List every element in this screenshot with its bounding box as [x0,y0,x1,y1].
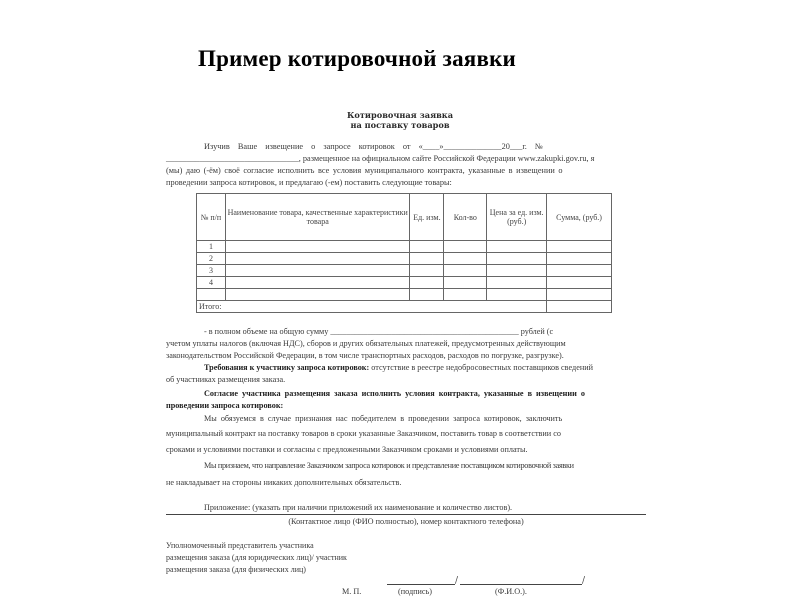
cell [225,265,410,277]
document-heading: Котировочная заявка на поставку товаров [300,110,500,130]
row-number: 1 [197,241,226,253]
cell [444,289,487,301]
row-number [197,289,226,301]
table-header-row: № п/п Наименование товара, качественные … [197,194,612,241]
intro-line-4: проведении запроса котировок, и предлага… [166,177,646,189]
cell [487,253,547,265]
header-price: Цена за ед. изм. (руб.) [487,194,547,241]
fio-line [460,584,582,585]
obligation-line-1: Мы обязуемся в случае признания нас побе… [166,412,646,426]
signature-line [387,584,455,585]
representative-line-1: Уполномоченный представитель участника [166,540,406,552]
header-sum: Сумма, (руб.) [547,194,612,241]
requirements-line-2: об участниках размещения заказа. [166,374,646,386]
cell [444,277,487,289]
cell [487,265,547,277]
header-unit: Ед. изм. [410,194,444,241]
requirements-text: отсутствие в реестре недобросовестных по… [369,363,593,372]
representative-line-3: размещения заказа (для физических лиц) [166,564,406,576]
cell [225,241,410,253]
cell [410,253,444,265]
representative-line-2: размещения заказа (для юридических лиц)/… [166,552,406,564]
slash-divider: / [582,576,585,586]
intro-line-1: Изучив Ваше извещение о запросе котирово… [166,141,646,153]
acknowledgement-line-2: не накладывает на стороны никаких дополн… [166,474,646,492]
table-row: 4 [197,277,612,289]
slash-divider: / [455,576,458,586]
cell [410,241,444,253]
cell [487,289,547,301]
cell [487,241,547,253]
representative-block: Уполномоченный представитель участника р… [166,540,406,576]
row-number: 4 [197,277,226,289]
sum-line-2: учетом уплаты налогов (включая НДС), сбо… [166,338,646,350]
cell [444,253,487,265]
cell [444,265,487,277]
cell [547,289,612,301]
header-quantity: Кол-во [444,194,487,241]
consent-line-1: Согласие участника размещения заказа исп… [166,388,646,400]
goods-table: № п/п Наименование товара, качественные … [196,193,612,313]
consent-line-2: проведении запроса котировок: [166,400,646,412]
intro-line-2: ________________________________, размещ… [166,153,646,165]
requirements-label: Требования к участнику запроса котировок… [204,363,369,372]
cell [547,277,612,289]
intro-paragraph: Изучив Ваше извещение о запросе котирово… [166,141,646,189]
cell [547,241,612,253]
total-value [547,301,612,313]
table-row: 1 [197,241,612,253]
acknowledgement-line-1: Мы признаем, что направление Заказчиком … [166,458,646,474]
stamp-placeholder: М. П. [342,587,361,596]
cell [410,277,444,289]
attachment-note: Приложение: (указать при наличии приложе… [166,502,646,514]
obligation-line-2: муниципальный контракт на поставку товар… [166,426,646,442]
cell [225,253,410,265]
row-number: 2 [197,253,226,265]
sum-line-3: законодательством Российской Федерации, … [166,350,646,362]
total-row: Итого: [197,301,612,313]
cell [410,265,444,277]
header-number: № п/п [197,194,226,241]
header-name: Наименование товара, качественные характ… [225,194,410,241]
heading-line-2: на поставку товаров [300,120,500,130]
cell [547,265,612,277]
terms-section: - в полном объеме на общую сумму _______… [166,326,646,514]
slide-title: Пример котировочной заявки [198,46,516,72]
table-row: 2 [197,253,612,265]
heading-line-1: Котировочная заявка [300,110,500,120]
contact-signature-line [166,514,646,515]
contact-caption: (Контактное лицо (ФИО полностью), номер … [166,517,646,526]
intro-line-3: (мы) даю (-ём) своё согласие исполнить в… [166,165,646,177]
cell [547,253,612,265]
total-label: Итого: [197,301,547,313]
cell [225,289,410,301]
cell [410,289,444,301]
obligation-line-3: сроками и условиями поставки и согласны … [166,442,646,458]
cell [487,277,547,289]
cell [444,241,487,253]
fio-caption: (Ф.И.О.). [495,587,527,596]
sum-line-1: - в полном объеме на общую сумму _______… [166,326,646,338]
table-row [197,289,612,301]
table-row: 3 [197,265,612,277]
signature-caption: (подпись) [398,587,432,596]
cell [225,277,410,289]
row-number: 3 [197,265,226,277]
